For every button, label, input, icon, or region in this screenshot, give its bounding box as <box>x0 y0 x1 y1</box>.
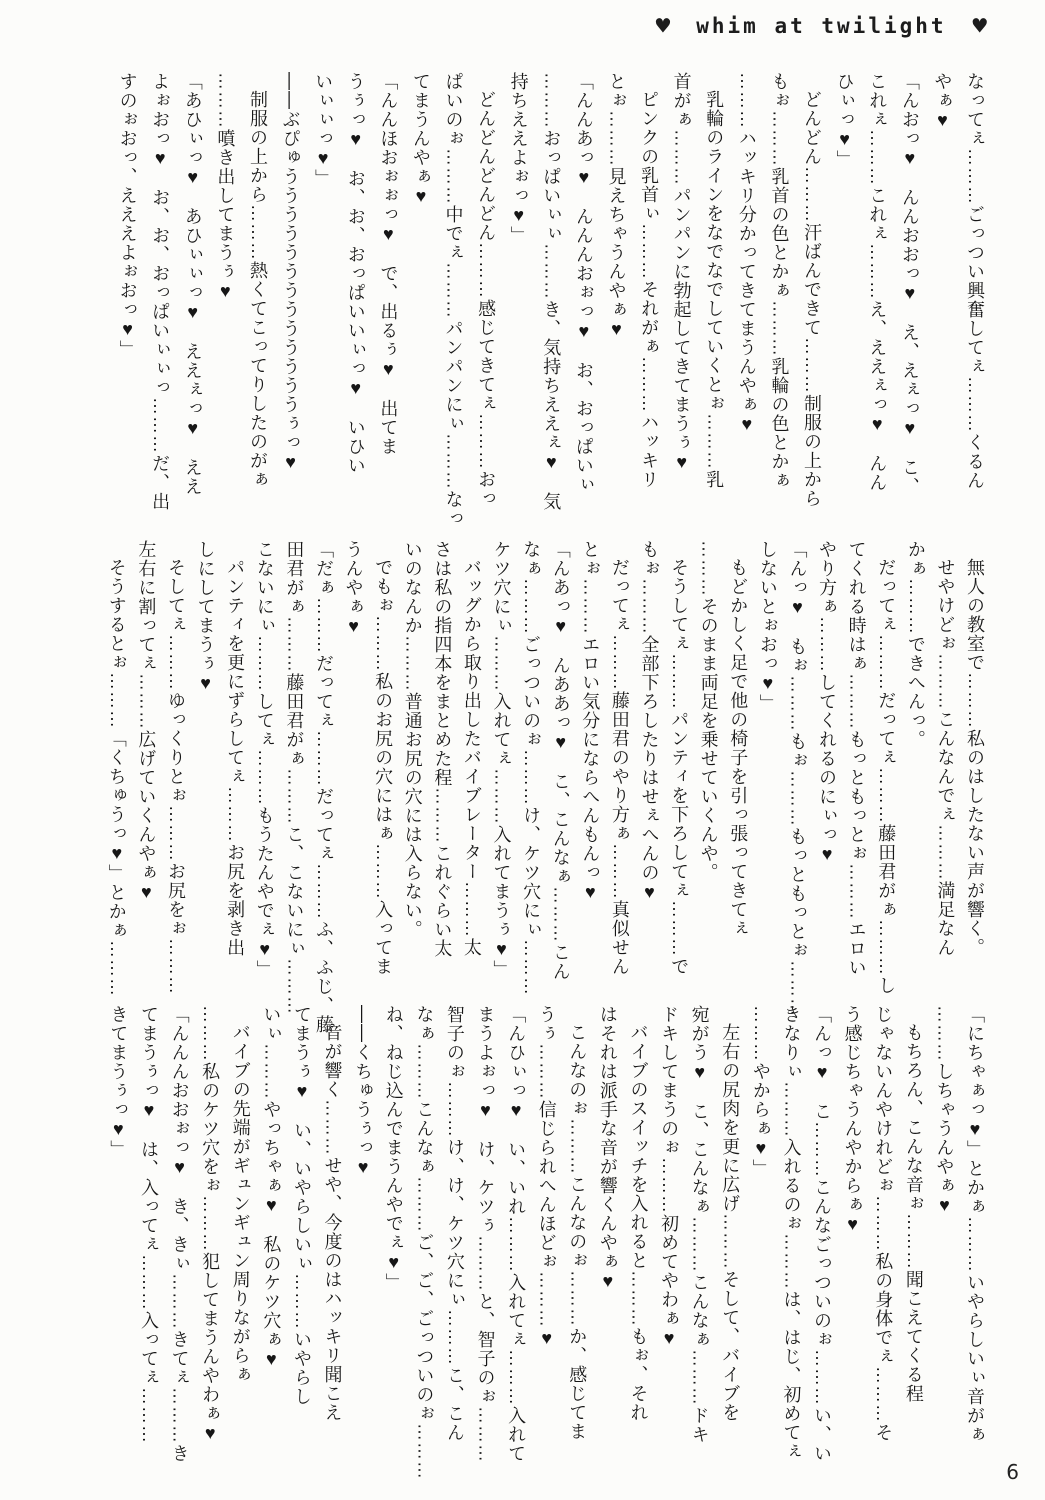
text-column: まうよぉっ♥ け、ケツぅ………と、智子のぉ……… <box>474 1005 496 1493</box>
text-column: もどかしく足で他の椅子を引っ張ってきてぇ <box>727 540 749 992</box>
text-column: 「んんあっ♥ んんんおぉっ♥ お、おっぱいぃ <box>572 72 594 524</box>
page-number: 6 <box>1006 1460 1019 1484</box>
text-column: 「あひぃっ♥ あひぃぃっ♥ ええぇっ♥ ええ <box>181 72 203 524</box>
text-column: うんやぁ♥ <box>342 540 364 992</box>
text-column: 「んっ♥ こ………こんなごっついのぉ………い、い <box>810 1005 832 1493</box>
text-column: 左右に割ってぇ………広げていくんやぁ♥ <box>135 540 157 992</box>
text-column: 田君がぁ………藤田君がぁ………こ、こないにぃ……… <box>283 540 305 992</box>
text-column: いぃぃっ♥」 <box>312 72 334 524</box>
text-column: てまうぅっ♥ は、入ってぇ………入ってぇ……… <box>137 1005 159 1493</box>
text-column: もぉ………乳首の色とかぁ………乳輪の色とかぁ <box>768 72 790 524</box>
text-column: バイブの先端がギュンギュン周りながらぁ <box>229 1005 251 1493</box>
text-column: でもぉ………私のお尻の穴にはぁ………入ってま <box>372 540 394 992</box>
text-column: 「だぁ………だってぇ………だってぇ………ふ、ふじ、藤 <box>312 540 334 992</box>
text-band-top: なってぇ………ごっつい興奮してぇ………くるんやぁ♥「んおっ♥ んんおおっ♥ え、… <box>105 72 985 524</box>
text-column: すのぉおっ、えええよぉおっ♥」 <box>116 72 138 524</box>
text-column: しないとぉおっ♥」 <box>756 540 778 992</box>
text-column: 「んんほおぉぉっ♥ で、出るぅ♥ 出てま <box>377 72 399 524</box>
text-column: 乳輪のラインをなでなでしていくとぉ………乳 <box>703 72 725 524</box>
text-column: だってぇ………藤田君のやり方ぁ………真似せん <box>608 540 630 992</box>
text-column: 無人の教室で………私のはしたない声が響く。 <box>963 540 985 992</box>
text-column: ………おっぱいぃぃ………き、気持ちええぇ♥ 気 <box>540 72 562 524</box>
text-column: 智子のぉ………け、け、ケツ穴にぃ………こ、こん <box>443 1005 465 1493</box>
text-column: どんどん………汗ばんできて………制服の上から <box>800 72 822 524</box>
text-column: そうしてぇ………パンティを下ろしてぇ………で <box>667 540 689 992</box>
text-column: とぉ………エロい気分にならへんもんっ♥ <box>579 540 601 992</box>
text-column: ………やからぁ♥」 <box>749 1005 771 1493</box>
heart-icon: ♥ <box>973 12 987 40</box>
text-column: しにしてまうぅ♥ <box>194 540 216 992</box>
text-column: どんどんどんどん………感じてきてぇ………おっ <box>475 72 497 524</box>
text-column: もちろん、こんな音ぉ………聞こえてくる程 <box>902 1005 924 1493</box>
text-column: てまうぅ♥ い、いやらしいぃ………いやらし <box>290 1005 312 1493</box>
text-column: もぉ………全部下ろしたりはせぇへんの♥ <box>638 540 660 992</box>
text-column: なぁ………ごっついのぉ………け、ケツ穴にぃ……… <box>520 540 542 992</box>
text-column: う感じちゃうんやからぁ♥ <box>841 1005 863 1493</box>
text-column: 「んひぃっ♥ い、いれ………入れてぇ………入れて <box>505 1005 527 1493</box>
heart-icon: ♥ <box>656 12 670 40</box>
text-column: かぁ………できへんっ。 <box>904 540 926 992</box>
text-column: バイブのスイッチを入れると………もぉ、それ <box>627 1005 649 1493</box>
text-column: ………そのまま両足を乗せていくんや。 <box>697 540 719 992</box>
text-column: ………ハッキリ分かってきてまうんやぁ♥ <box>735 72 757 524</box>
text-column: ね、ねじ込んでまうんやでぇ♥」 <box>382 1005 404 1493</box>
text-column: 「んっ♥ もぉ………もぉ………もっともっとぉ……… <box>786 540 808 992</box>
text-column: ひぃっ♥」 <box>833 72 855 524</box>
header-title: whim at twilight <box>696 14 946 38</box>
text-column: こないにぃ………してぇ………もうたんやでぇ♥」 <box>253 540 275 992</box>
text-column: 「んあっ♥ んああっ♥ こ、こんなぁ………こん <box>549 540 571 992</box>
text-column: せやけどぉ………こんなんでぇ………満足なん <box>934 540 956 992</box>
text-column: ——ぶぴゅうううううううううううううぅっ♥ <box>279 72 301 524</box>
text-column: 持ちええよぉっ♥」 <box>507 72 529 524</box>
text-column: てくれる時はぁ………もっともっとぉ………エロい <box>845 540 867 992</box>
text-column: やぁ♥ <box>931 72 953 524</box>
text-column: バッグから取り出したバイブレーター………太 <box>460 540 482 992</box>
text-column: ドキしてまうのぉ………初めてやわぁ♥ <box>657 1005 679 1493</box>
text-column: よぉおっ♥ お、お、おっぱいぃぃっ………だ、出 <box>149 72 171 524</box>
text-band-bottom: 「にちゃぁっ♥」とかぁ………いやらしいぃ音がぁ………しちゃうんやぁ♥もちろん、こ… <box>98 1005 985 1493</box>
text-band-middle: 無人の教室で………私のはしたない声が響く。せやけどぉ………こんなんでぇ………満足… <box>97 540 985 992</box>
text-column: きてまうぅっ♥」 <box>107 1005 129 1493</box>
text-column: 「にちゃぁっ♥」とかぁ………いやらしいぃ音がぁ <box>963 1005 985 1493</box>
text-column: 「んんんおおぉっ♥ き、きぃ………きてぇ………き <box>168 1005 190 1493</box>
text-column: ………噴き出してまうぅ♥ <box>214 72 236 524</box>
text-column: こんなのぉ………こんなのぉ………か、感じてま <box>566 1005 588 1493</box>
text-column: これぇ………これぇ………え、ええぇっ♥ んん <box>866 72 888 524</box>
text-column: だってぇ………だってぇ………藤田君がぁ………し <box>875 540 897 992</box>
text-column: ぱいのぉ………中でぇ………パンパンにぃ………なっ <box>442 72 464 524</box>
text-column: 左右の尻肉を更に広げ………そして、バイブを <box>719 1005 741 1493</box>
text-column: うぅっ♥ お、お、おっぱいいぃっ♥ いひい <box>344 72 366 524</box>
text-column: ——くちゅうぅっ♥ <box>352 1005 374 1493</box>
text-column: 宛がう♥ こ、こんなぁ………こんなぁ………ドキ <box>688 1005 710 1493</box>
text-column: 音が響く………せや、今度のはハッキリ聞こえ <box>321 1005 343 1493</box>
text-column: そうするとぉ………「くちゅうっ♥」とかぁ……… <box>105 540 127 992</box>
text-column: パンティを更にずらしてぇ………お尻を剥き出 <box>224 540 246 992</box>
text-column: やり方ぁ………してくれるのにぃっ♥ <box>815 540 837 992</box>
text-column: いのなんか………普通お尻の穴には入らない。 <box>401 540 423 992</box>
text-column: ケツ穴にぃ………入れてぇ………入れてまうぅ♥」 <box>490 540 512 992</box>
text-column: ………しちゃうんやぁ♥ <box>933 1005 955 1493</box>
text-column: はそれは派手な音が響くんやぁ♥ <box>596 1005 618 1493</box>
text-column: 首がぁ………パンパンに勃起してきてまうぅ♥ <box>670 72 692 524</box>
scanned-book-page: ♥ whim at twilight ♥ なってぇ………ごっつい興奮してぇ………… <box>0 0 1045 1500</box>
text-column: てまうんやぁ♥ <box>409 72 431 524</box>
text-column: なぁ………こんなぁ………ご、ご、ごっついのぉ……… <box>413 1005 435 1493</box>
text-column: いぃ………やっちゃぁ♥ 私のケツ穴ぁ♥ <box>260 1005 282 1493</box>
text-column: 制服の上から………熱くてこってりしたのがぁ <box>246 72 268 524</box>
text-column: ………私のケツ穴をぉ………犯してまうんやわぁ♥ <box>199 1005 221 1493</box>
text-column: なってぇ………ごっつい興奮してぇ………くるん <box>963 72 985 524</box>
text-column: そしてぇ………ゆっくりとぉ………お尻をぉ……… <box>164 540 186 992</box>
text-column: さは私の指四本をまとめた程………これぐらい太 <box>431 540 453 992</box>
text-column: とぉ………見えちゃうんやぁ♥ <box>605 72 627 524</box>
text-column: きなりぃ………入れるのぉ………は、はじ、初めてぇ <box>780 1005 802 1493</box>
text-column: うぅ………信じられへんほどぉ………♥ <box>535 1005 557 1493</box>
page-header: ♥ whim at twilight ♥ <box>656 12 987 40</box>
text-column: じゃないんやけれどぉ………私の身体でぇ………そ <box>872 1005 894 1493</box>
text-column: 「んおっ♥ んんおおっ♥ え、えぇっ♥ こ、 <box>898 72 920 524</box>
text-column: ピンクの乳首ぃ………それがぁ………ハッキリ <box>637 72 659 524</box>
